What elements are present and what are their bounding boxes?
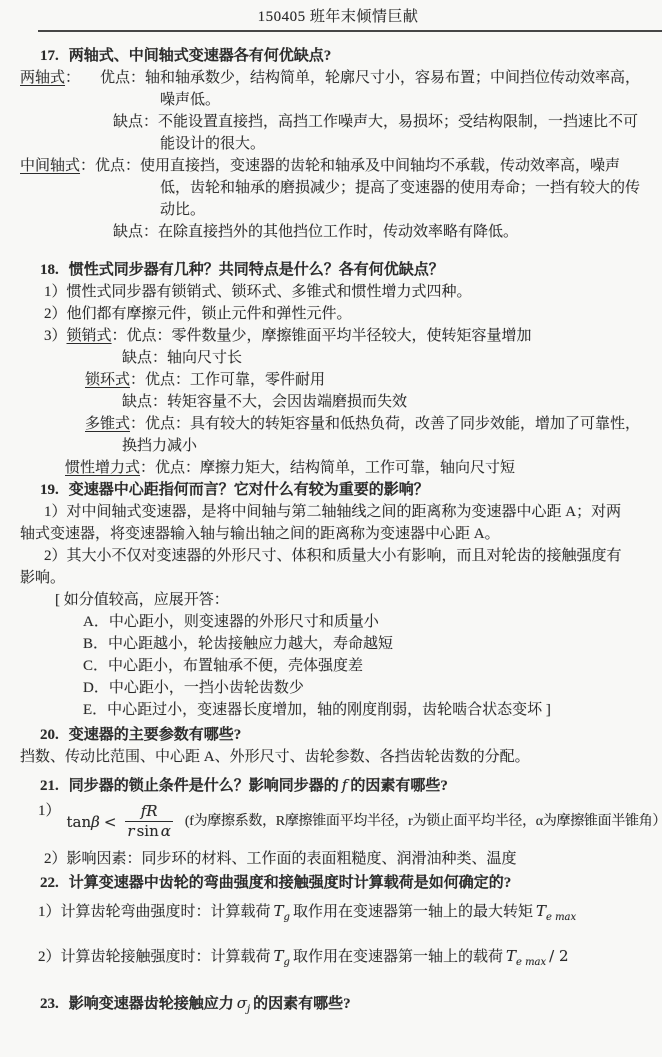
q23-number: 23. (40, 996, 59, 1012)
sigma-subscript: j (247, 1004, 250, 1015)
q19-item-2-line-2: 影响。 (20, 567, 656, 589)
q21-item-2: 2）影响因素：同步环的材料、工作面的表面粗糙度、润滑油种类、温度 (44, 848, 656, 870)
q19-option-a: A．中心距小，则变速器的外形尺寸和质量小 (83, 611, 656, 633)
q17-number: 17. (40, 48, 59, 64)
q18-lock-pin-dis: 缺点：轴向尺寸长 (122, 347, 656, 369)
sigma-j-symbol: σj (237, 994, 250, 1012)
q18-multi-cone-text: ：优点：具有较大的转矩容量和低热负荷，改善了同步效能，增加了可靠性， (130, 416, 640, 432)
q22-question-text: 计算变速器中齿轮的弯曲强度和接触强度时计算载荷是如何确定的? (69, 875, 512, 891)
q22-title: 22.计算变速器中齿轮的弯曲强度和接触强度时计算载荷是如何确定的? (40, 872, 656, 894)
q21-number: 21. (40, 778, 59, 794)
q19-option-d: D．中心距小，一挡小齿轮齿数少 (83, 677, 656, 699)
document-header-title: 150405 班年末倾情巨献 (20, 6, 656, 28)
torque-Temax-symbol: Te max (536, 902, 576, 920)
fraction-denominator: rsinα (125, 822, 172, 842)
q18-inertia-boost-line: 惯性增力式：优点：摩擦力矩大，结构简单，工作可靠，轴向尺寸短 (65, 457, 656, 479)
q21-question-post: 的因素有哪些? (350, 778, 448, 794)
q20-question-text: 变速器的主要参数有哪些? (69, 727, 242, 743)
q18-question-text: 惯性式同步器有几种？共同特点是什么？各有何优缺点？ (69, 262, 444, 278)
q18-item-1: 1）惯性式同步器有锁销式、锁环式、多锥式和惯性增力式四种。 (44, 281, 656, 303)
q17-counter-shaft-advantage-line: 中间轴式：优点：使用直接挡，变速器的齿轮和轴承及中间轴均不承载，传动效率高，噪声 (20, 155, 656, 177)
locking-condition-fraction: fRrsinα (125, 802, 172, 842)
torque-Tg-symbol: Tg (274, 947, 290, 965)
q19-option-c: C．中心距小，布置轴承不便，壳体强度差 (83, 655, 656, 677)
q23-question-pre: 影响变速器齿轮接触应力 (69, 996, 234, 1012)
q17-counter-shaft-colon: ： (80, 158, 95, 174)
q22-item1-mid: 取作用在变速器第一轴上的最大转矩 (293, 904, 533, 920)
T-symbol: T (274, 947, 284, 965)
torque-Temax-symbol: Te max (506, 947, 546, 965)
q19-option-b: B．中心距越小，轮齿接触应力越大，寿命越短 (83, 633, 656, 655)
q18-inertia-boost-text: ：优点：摩擦力矩大，结构简单，工作可靠，轴向尺寸短 (140, 460, 515, 476)
q18-lock-ring-text: ：优点：工作可靠，零件耐用 (130, 372, 325, 388)
q21-title: 21.同步器的锁止条件是什么？影响同步器的f的因素有哪些? (40, 774, 656, 796)
q17-counter-shaft-term: 中间轴式 (20, 158, 80, 174)
q22-item-2: 2）计算齿轮接触强度时：计算载荷Tg取作用在变速器第一轴上的载荷Te max/ … (38, 945, 656, 967)
q19-option-e: E．中心距过小，变速器长度增加，轴的刚度削弱，齿轮啮合状态变坏 ] (83, 699, 656, 721)
q18-multi-cone-term: 多锥式 (85, 416, 130, 432)
q22-item-1: 1）计算齿轮弯曲强度时：计算载荷Tg取作用在变速器第一轴上的最大转矩Te max (38, 900, 656, 922)
Tg-subscript: g (284, 912, 290, 923)
q17-two-shaft-dis-line: 缺点：不能设置直接挡，高挡工作噪声大，易损坏；受结构限制，一挡速比不可 (113, 111, 656, 133)
q18-item-3-prefix: 3） (44, 328, 67, 344)
q22-item2-mid: 取作用在变速器第一轴上的载荷 (293, 949, 503, 965)
Temax-subscript: e max (546, 912, 576, 923)
T-symbol: T (506, 947, 516, 965)
q18-lock-pin-text: ：优点：零件数量少，摩擦锥面平均半径较大，使转矩容量增加 (112, 328, 532, 344)
sin-operator: sin (137, 822, 159, 840)
fraction-numerator: fR (125, 802, 172, 822)
q18-inertia-boost-term: 惯性增力式 (65, 460, 140, 476)
Temax-subscript: e max (516, 957, 546, 968)
T-symbol: T (274, 902, 284, 920)
sigma-symbol: σ (237, 994, 247, 1012)
scanned-document-page: 150405 班年末倾情巨献 17.两轴式、中间轴式变速器各有何优缺点? 两轴式… (0, 0, 662, 1057)
q17-counter-shaft-adv-wrap2: 动比。 (160, 199, 656, 221)
q21-question-pre: 同步器的锁止条件是什么？影响同步器的 (69, 778, 339, 794)
q19-number: 19. (40, 482, 59, 498)
header-rule (38, 30, 662, 32)
q20-answer: 挡数、传动比范围、中心距 A、外形尺寸、齿轮参数、各挡齿轮齿数的分配。 (20, 746, 656, 768)
q21-formula-note: (f为摩擦系数，R摩擦锥面平均半径，r为锁止面平均半径，α为摩擦锥面半锥角） (185, 811, 662, 833)
q19-title: 19.变速器中心距指何而言？它对什么有较为重要的影响？ (40, 479, 656, 501)
q17-two-shaft-advantage-line: 两轴式：优点：轴和轴承数少，结构简单，轮廓尺寸小，容易布置；中间挡位传动效率高， (20, 67, 656, 89)
q17-two-shaft-colon: ： (65, 70, 80, 86)
q18-lock-ring-term: 锁环式 (85, 372, 130, 388)
q18-lock-pin-line: 3）锁销式：优点：零件数量少，摩擦锥面平均半径较大，使转矩容量增加 (44, 325, 656, 347)
q18-multi-cone-wrap: 换挡力减小 (122, 435, 656, 457)
T-symbol: T (536, 902, 546, 920)
q18-item-2: 2）他们都有摩擦元件，锁止元件和弹性元件。 (44, 303, 656, 325)
q18-multi-cone-line: 多锥式：优点：具有较大的转矩容量和低热负荷，改善了同步效能，增加了可靠性， (85, 413, 656, 435)
Tg-subscript: g (284, 957, 290, 968)
q19-question-text: 变速器中心距指何而言？它对什么有较为重要的影响？ (69, 482, 429, 498)
r-symbol: r (127, 822, 134, 840)
q22-item1-pre: 1）计算齿轮弯曲强度时：计算载荷 (38, 904, 271, 920)
q18-title: 18.惯性式同步器有几种？共同特点是什么？各有何优缺点？ (40, 259, 656, 281)
q19-item-2-line-1: 2）其大小不仅对变速器的外形尺寸、体积和质量大小有影响，而且对轮齿的接触强度有 (44, 545, 656, 567)
q20-number: 20. (40, 727, 59, 743)
q21-formula-line: 1） tanβ < fRrsinα (f为摩擦系数，R摩擦锥面平均半径，r为锁止… (38, 796, 656, 848)
q22-item2-pre: 2）计算齿轮接触强度时：计算载荷 (38, 949, 271, 965)
q17-two-shaft-dis-wrap: 能设计的很大。 (160, 133, 656, 155)
q21-formula-prefix: 1） (38, 796, 61, 822)
tan-operator: tan (67, 811, 92, 833)
q17-two-shaft-adv-wrap: 噪声低。 (160, 89, 656, 111)
q18-lock-pin-term: 锁销式 (67, 328, 112, 344)
divided-by-two: / 2 (549, 947, 568, 965)
q18-lock-ring-line: 锁环式：优点：工作可靠，零件耐用 (85, 369, 656, 391)
alpha-symbol: α (161, 822, 171, 840)
q19-item-1-line-2: 轴式变速器，将变速器输入轴与输出轴之间的距离称为变速器中心距 A。 (20, 523, 656, 545)
q18-lock-ring-dis: 缺点：转矩容量不大，会因齿端磨损而失效 (122, 391, 656, 413)
beta-symbol: β (91, 811, 100, 833)
q18-number: 18. (40, 262, 59, 278)
less-than-sign: < (104, 811, 117, 833)
q20-title: 20.变速器的主要参数有哪些? (40, 724, 656, 746)
torque-Tg-symbol: Tg (274, 902, 290, 920)
q17-question-text: 两轴式、中间轴式变速器各有何优缺点? (69, 48, 332, 64)
q19-bracket-note: [ 如分值较高，应展开答： (55, 589, 656, 611)
q19-item-1-line-1: 1）对中间轴式变速器，是将中间轴与第二轴轴线之间的距离称为变速器中心距 A；对两 (44, 501, 656, 523)
q23-title: 23.影响变速器齿轮接触应力σj的因素有哪些? (40, 992, 656, 1014)
q17-two-shaft-term: 两轴式 (20, 70, 65, 86)
q21-friction-coefficient-symbol: f (342, 776, 348, 794)
q17-title: 17.两轴式、中间轴式变速器各有何优缺点? (40, 45, 656, 67)
q17-counter-shaft-adv-text: 优点：使用直接挡，变速器的齿轮和轴承及中间轴均不承载，传动效率高，噪声 (95, 158, 620, 174)
q17-two-shaft-adv-text: 优点：轴和轴承数少，结构简单，轮廓尺寸小，容易布置；中间挡位传动效率高， (100, 70, 640, 86)
q17-counter-shaft-adv-wrap1: 低，齿轮和轴承的磨损减少；提高了变速器的使用寿命；一挡有较大的传 (160, 177, 656, 199)
q17-counter-shaft-dis-line: 缺点：在除直接挡外的其他挡位工作时，传动效率略有降低。 (113, 221, 656, 243)
q23-question-post: 的因素有哪些? (253, 996, 351, 1012)
q22-number: 22. (40, 875, 59, 891)
